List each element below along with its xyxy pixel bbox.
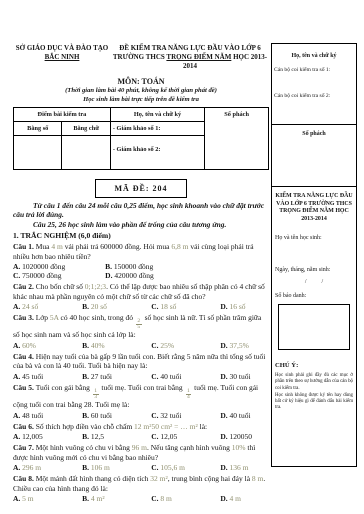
answer-option[interactable]: A. 48 tuổi: [13, 411, 82, 420]
info-box-title: KIỂM TRA NĂNG LỰC ĐẦU VÀO LỚP 6 TRƯỜNG T…: [275, 193, 353, 223]
option-text: 420000 đồng: [114, 271, 153, 280]
proctor-box-title: Họ, tên và chữ ký: [272, 53, 356, 59]
answer-option[interactable]: A. 5 m: [13, 494, 82, 503]
options-row: A. 12,005B. 12,5C. 12,05D. 120050: [13, 432, 269, 441]
proctor-2-line[interactable]: Cán bộ coi kiểm tra số 2:: [272, 93, 356, 99]
option-text: 106 m: [91, 463, 110, 472]
direct-note: Học sinh làm bài trực tiếp trên đề kiểm …: [13, 96, 269, 103]
question-segment: vải phải trả 600000 đồng. Hỏi mua: [63, 242, 172, 251]
question-segment: Hiện nay tuổi của bà gấp 9 lần tuổi con.…: [13, 352, 265, 371]
score-by-number-header: Bằng số: [14, 121, 62, 135]
question-number: Câu 1.: [13, 242, 36, 251]
answer-option[interactable]: B. 27 tuổi: [82, 372, 151, 381]
options-row: A. 48 tuổiB. 60 tuổiC. 32 tuổiD. 40 tuổi: [13, 411, 269, 420]
option-label: B.: [82, 432, 91, 441]
option-text: 750000 đồng: [22, 271, 61, 280]
question-number: Câu 5.: [13, 383, 36, 392]
answer-option[interactable]: B. 60 tuổi: [82, 411, 151, 420]
option-label: C.: [151, 463, 160, 472]
proctor-signature-box: Họ, tên và chữ ký Cán bộ coi kiểm tra số…: [272, 44, 356, 125]
option-label: B.: [82, 341, 91, 350]
answer-option[interactable]: B. 150000 đồng: [105, 262, 269, 271]
sign-header: Họ, tên và chữ ký: [110, 107, 204, 121]
proctor-1-line[interactable]: Cán bộ coi kiểm tra số 1:: [272, 67, 356, 73]
option-label: C.: [151, 372, 160, 381]
option-label: C.: [151, 494, 160, 503]
attention-line2: Học sinh không được ký tên hay dùng bất …: [275, 393, 353, 412]
answer-option[interactable]: A. 296 m: [13, 463, 82, 472]
option-label: A.: [13, 411, 22, 420]
option-label: A.: [13, 463, 22, 472]
option-text: 60%: [22, 341, 36, 350]
option-text: 40%: [91, 341, 105, 350]
question-text: Câu 3. Lớp 5A có 40 học sinh, trong đó 2…: [13, 313, 269, 340]
section-title: 1. TRẮC NGHIỆM (6,0 điểm): [13, 231, 269, 240]
question-segment: , trung bình cộng hai đáy là: [168, 474, 252, 483]
examiner-2-line: - Giám khảo số 2:: [110, 135, 204, 169]
answer-option[interactable]: B. 106 m: [82, 463, 151, 472]
question-segment: Một hình vuông có chu vi bằng: [36, 443, 132, 452]
document-header: SỞ GIÁO DỤC VÀ ĐÀO TẠO BẮC NINH ĐỀ KIỂM …: [13, 44, 269, 71]
dob-field[interactable]: Ngày, tháng, năm sinh:: [275, 267, 353, 273]
option-text: 24 số: [22, 302, 38, 311]
score-header: Điểm bài kiểm tra: [14, 107, 111, 121]
question-text: Câu 7. Một hình vuông có chu vi bằng 96 …: [13, 443, 269, 462]
question-text: Câu 6. Số thích hợp điền vào chỗ chấm 12…: [13, 422, 269, 432]
answer-option[interactable]: A. 1020000 đồng: [13, 262, 105, 271]
option-text: 5 m: [22, 494, 33, 503]
question-segment: Cho bốn chữ số: [36, 282, 85, 291]
question-segment: Lớp: [36, 313, 50, 322]
org-line2: BẮC NINH: [13, 53, 111, 62]
option-label: B.: [82, 302, 91, 311]
option-label: D.: [220, 463, 229, 472]
answer-option[interactable]: C. 750000 đồng: [13, 271, 105, 280]
question: Câu 6. Số thích hợp điền vào chỗ chấm 12…: [13, 422, 269, 442]
question-number: Câu 2.: [13, 282, 36, 291]
answer-option[interactable]: B. 4 m²: [82, 494, 151, 503]
exam-title-line1: ĐỀ KIỂM TRA NĂNG LỰC ĐẦU VÀO LỚP 6: [111, 44, 269, 53]
question: Câu 3. Lớp 5A có 40 học sinh, trong đó 2…: [13, 313, 269, 350]
question-text: Câu 1. Mua 4 m vải phải trả 600000 đồng.…: [13, 242, 269, 261]
options-row: A. 1020000 đồngB. 150000 đồngC. 750000 đ…: [13, 262, 269, 280]
question-segment: 12 m²50 cm² = … m²: [134, 422, 198, 431]
question-segment: Số thích hợp điền vào chỗ chấm: [36, 422, 134, 431]
option-text: 1020000 đồng: [22, 262, 65, 271]
option-text: 150000 đồng: [114, 262, 153, 271]
question-segment: Một mảnh đất hình thang có diện tích: [36, 474, 151, 483]
option-label: B.: [82, 372, 91, 381]
dob-slashes[interactable]: / /: [275, 279, 353, 285]
question: Câu 8. Một mảnh đất hình thang có diện t…: [13, 474, 269, 503]
option-text: 32 tuổi: [160, 411, 181, 420]
answer-option[interactable]: A. 12,005: [13, 432, 82, 441]
option-text: 27 tuổi: [91, 372, 112, 381]
exam-paper-page: SỞ GIÁO DỤC VÀ ĐÀO TẠO BẮC NINH ĐỀ KIỂM …: [0, 0, 364, 514]
question: Câu 4. Hiện nay tuổi của bà gấp 9 lần tu…: [13, 352, 269, 381]
option-label: A.: [13, 341, 22, 350]
answer-option[interactable]: C. 105,6 m: [151, 463, 220, 472]
option-label: D.: [220, 372, 229, 381]
questions: Câu 1. Mua 4 m vải phải trả 600000 đồng.…: [13, 242, 269, 503]
question-segment: 6,8 m: [171, 242, 188, 251]
option-label: D.: [105, 271, 114, 280]
option-text: 8 m: [160, 494, 171, 503]
question-number: Câu 3.: [13, 313, 36, 322]
score-number-cell[interactable]: [14, 135, 62, 169]
instruction-line1: Từ câu 1 đến câu 24 mỗi câu 0,25 điểm, h…: [13, 201, 269, 220]
student-info-box: KIỂM TRA NĂNG LỰC ĐẦU VÀO LỚP 6 TRƯỜNG T…: [272, 187, 356, 466]
option-text: 4 m²: [91, 494, 105, 503]
question-segment: 32 m²: [150, 474, 167, 483]
answer-option[interactable]: C. 8 m: [151, 494, 220, 503]
question-segment: 8 m: [252, 474, 263, 483]
time-note: (Thời gian làm bài 40 phút, không kể thờ…: [13, 87, 269, 96]
issuing-org: SỞ GIÁO DỤC VÀ ĐÀO TẠO BẮC NINH: [13, 44, 111, 71]
option-label: B.: [82, 463, 91, 472]
stub-number-box[interactable]: Số phách: [272, 125, 356, 187]
question-segment: 0;1;2;3: [85, 282, 106, 291]
school-prefix: TRƯỜNG THCS: [113, 53, 167, 61]
fraction: 14: [186, 389, 192, 400]
option-label: B.: [105, 262, 114, 271]
option-label: A.: [13, 372, 22, 381]
option-label: B.: [82, 494, 91, 503]
options-row: A. 60%B. 40%C. 25%D. 37,5%: [13, 341, 269, 350]
option-text: 136 m: [230, 463, 249, 472]
option-label: C.: [151, 302, 160, 311]
option-text: 40 tuổi: [230, 411, 251, 420]
question-number: Câu 6.: [13, 422, 36, 431]
side-column: Họ, tên và chữ ký Cán bộ coi kiểm tra số…: [271, 43, 357, 467]
options-row: A. 296 mB. 106 mC. 105,6 mD. 136 m: [13, 463, 269, 472]
question-segment: 4 m: [51, 242, 62, 251]
answer-option[interactable]: D. 30 tuổi: [220, 372, 269, 381]
option-label: D.: [220, 302, 229, 311]
option-label: C.: [151, 341, 160, 350]
question: Câu 5. Tuổi con gái bằng 13 tuổi mẹ. Tuổ…: [13, 383, 269, 420]
option-text: 37,5%: [230, 341, 249, 350]
question-number: Câu 4.: [13, 352, 36, 361]
option-text: 16 số: [230, 302, 246, 311]
org-line1: SỞ GIÁO DỤC VÀ ĐÀO TẠO: [13, 44, 111, 53]
option-label: A.: [13, 494, 22, 503]
main-column: SỞ GIÁO DỤC VÀ ĐÀO TẠO BẮC NINH ĐỀ KIỂM …: [13, 44, 269, 503]
option-text: 48 tuổi: [22, 411, 43, 420]
exam-title-line2: TRƯỜNG THCS TRỌNG ĐIỂM NĂM HỌC 2013-2014: [111, 53, 269, 71]
stub-header: Số phách: [205, 107, 269, 169]
answer-option[interactable]: D. 120050: [220, 432, 269, 441]
answer-option[interactable]: D. 16 số: [220, 302, 269, 311]
attention-text: Học sinh phải ghi đầy đủ các mục ở phần …: [275, 373, 353, 412]
question-text: Câu 2. Cho bốn chữ số 0;1;2;3. Có thể lậ…: [13, 282, 269, 301]
question-text: Câu 8. Một mảnh đất hình thang có diện t…: [13, 474, 269, 493]
question-segment: tuổi mẹ. Tuổi con trai bằng: [100, 383, 185, 392]
answer-option[interactable]: D. 136 m: [220, 463, 269, 472]
option-label: A.: [13, 302, 22, 311]
option-label: D.: [220, 432, 229, 441]
score-by-words-header: Bằng chữ: [62, 121, 110, 135]
option-text: 12,05: [160, 432, 177, 441]
answer-option[interactable]: D. 40 tuổi: [220, 411, 269, 420]
options-row: A. 24 sốB. 20 sốC. 18 sốD. 16 số: [13, 302, 269, 311]
option-label: C.: [151, 432, 160, 441]
answer-option[interactable]: B. 40%: [82, 341, 151, 350]
exam-title: ĐỀ KIỂM TRA NĂNG LỰC ĐẦU VÀO LỚP 6 TRƯỜN…: [111, 44, 269, 71]
student-name-field[interactable]: Họ và tên học sinh:: [275, 235, 353, 241]
option-text: 20 số: [91, 302, 107, 311]
answer-option[interactable]: A. 45 tuổi: [13, 372, 82, 381]
attention-title: CHÚ Ý:: [275, 362, 353, 369]
option-label: C.: [13, 271, 22, 280]
option-text: 60 tuổi: [91, 411, 112, 420]
subject-title: MÔN: TOÁN: [13, 77, 269, 86]
exam-code-box: MÃ ĐỀ: 204: [95, 179, 187, 198]
answer-option[interactable]: D. 4 m: [220, 494, 269, 503]
option-text: 25%: [160, 341, 174, 350]
school-name: TRỌNG ĐIỂM NĂM: [166, 53, 231, 61]
question-segment: 5A: [50, 313, 59, 322]
examiner-1-line: - Giám khảo số 1:: [110, 121, 204, 135]
question-segment: 96 m: [132, 443, 147, 452]
answer-option[interactable]: C. 12,05: [151, 432, 220, 441]
option-label: B.: [82, 411, 91, 420]
question-segment: có 40 học sinh, trong đó: [59, 313, 135, 322]
options-row: A. 5 mB. 4 m²C. 8 mD. 4 m: [13, 494, 269, 503]
question-text: Câu 5. Tuổi con gái bằng 13 tuổi mẹ. Tuổ…: [13, 383, 269, 410]
fraction: 13: [93, 389, 99, 400]
answer-option[interactable]: C. 25%: [151, 341, 220, 350]
option-text: 120050: [230, 432, 253, 441]
answer-option[interactable]: D. 37,5%: [220, 341, 269, 350]
option-text: 12,5: [91, 432, 104, 441]
question-segment: Tuổi con gái bằng: [36, 383, 92, 392]
attention-line1: Học sinh phải ghi đầy đủ các mục ở phần …: [275, 373, 353, 392]
option-label: D.: [220, 494, 229, 503]
question-segment: Mua: [36, 242, 52, 251]
option-text: 30 tuổi: [230, 372, 251, 381]
answer-option[interactable]: C. 40 tuổi: [151, 372, 220, 381]
option-label: D.: [220, 341, 229, 350]
info-title-line1: KIỂM TRA NĂNG LỰC ĐẦU: [275, 193, 353, 201]
option-label: A.: [13, 432, 22, 441]
option-label: A.: [13, 262, 22, 271]
question-segment: . Nếu tăng cạnh hình vuông: [147, 443, 232, 452]
option-text: 40 tuổi: [160, 372, 181, 381]
option-text: 105,6 m: [160, 463, 185, 472]
question: Câu 1. Mua 4 m vải phải trả 600000 đồng.…: [13, 242, 269, 280]
question: Câu 2. Cho bốn chữ số 0;1;2;3. Có thể lậ…: [13, 282, 269, 311]
answer-option[interactable]: B. 20 số: [82, 302, 151, 311]
fraction: 25: [136, 319, 142, 330]
option-text: 4 m: [230, 494, 241, 503]
answer-option[interactable]: C. 32 tuổi: [151, 411, 220, 420]
question-text: Câu 4. Hiện nay tuổi của bà gấp 9 lần tu…: [13, 352, 269, 371]
answer-option[interactable]: A. 60%: [13, 341, 82, 350]
instruction-line2: Câu 25, 26 học sinh làm vào phần để trốn…: [13, 220, 269, 230]
candidate-number-box[interactable]: [278, 304, 350, 350]
option-text: 12,005: [22, 432, 43, 441]
option-text: 45 tuổi: [22, 372, 43, 381]
option-label: C.: [151, 411, 160, 420]
info-title-line3: TRỌNG ĐIỂM NĂM HỌC: [275, 208, 353, 216]
candidate-number-field[interactable]: Số báo danh:: [275, 293, 353, 299]
question-number: Câu 7.: [13, 443, 36, 452]
question-segment: là:: [198, 422, 207, 431]
answer-option[interactable]: B. 12,5: [82, 432, 151, 441]
answer-option[interactable]: D. 420000 đồng: [105, 271, 269, 280]
question-number: Câu 8.: [13, 474, 36, 483]
score-words-cell[interactable]: [62, 135, 110, 169]
question-segment: 10%: [232, 443, 246, 452]
info-title-line4: 2013-2014: [275, 216, 353, 224]
info-title-line2: VÀO LỚP 6 TRƯỜNG THCS: [275, 201, 353, 209]
options-row: A. 45 tuổiB. 27 tuổiC. 40 tuổiD. 30 tuổi: [13, 372, 269, 381]
answer-option[interactable]: A. 24 số: [13, 302, 82, 311]
score-table: Điểm bài kiểm tra Họ, tên và chữ ký Số p…: [13, 107, 269, 170]
option-text: 18 số: [160, 302, 176, 311]
option-label: D.: [220, 411, 229, 420]
answer-option[interactable]: C. 18 số: [151, 302, 220, 311]
stub-box-title: Số phách: [272, 131, 356, 137]
instructions: Từ câu 1 đến câu 24 mỗi câu 0,25 điểm, h…: [13, 201, 269, 230]
question: Câu 7. Một hình vuông có chu vi bằng 96 …: [13, 443, 269, 472]
option-text: 296 m: [22, 463, 41, 472]
